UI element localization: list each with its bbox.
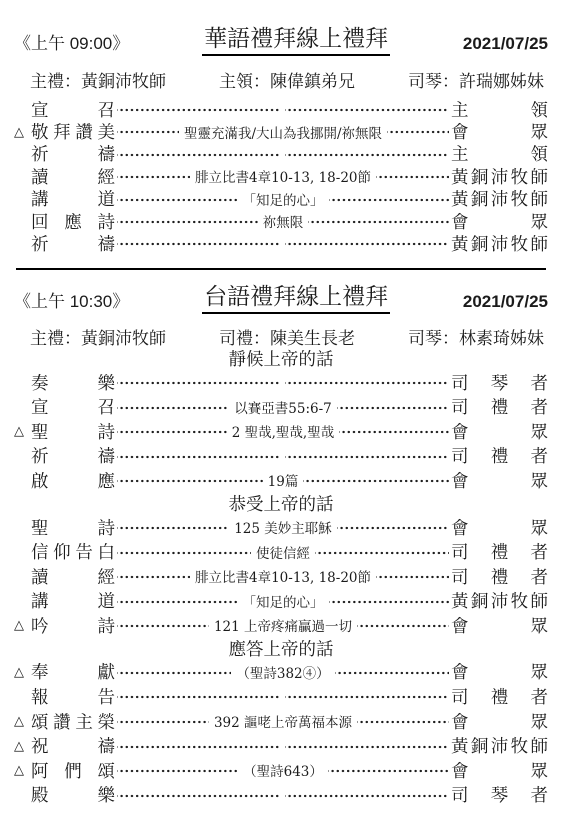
item-label: 回應詩: [31, 209, 115, 234]
item-label: 聖詩: [31, 515, 115, 540]
dotted-leader: [328, 758, 449, 783]
item-label: 宣召: [31, 97, 115, 122]
dotted-leader: [117, 370, 281, 395]
dotted-leader: [285, 783, 449, 808]
item-role: 會眾: [451, 419, 548, 444]
program-row: 講道 「知足的心」 黃銅沛牧師: [14, 188, 548, 210]
item-role: 黃銅沛牧師: [451, 231, 548, 256]
item-label: 報告: [31, 684, 115, 709]
program-row: 讀經 腓立比書4章10-13, 18-20節 黃銅沛牧師: [14, 165, 548, 187]
dotted-leader: [387, 120, 449, 142]
item-role: 會眾: [451, 758, 548, 783]
item-role: 會眾: [451, 515, 548, 540]
dotted-leader: [117, 444, 281, 469]
dotted-leader: [117, 419, 227, 444]
item-label: 祝禱: [31, 733, 115, 758]
service-time: 《上午 10:30》: [14, 287, 129, 314]
item-role: 主領: [451, 97, 548, 122]
item-label: 祈禱: [31, 141, 115, 166]
dotted-leader: [339, 419, 449, 444]
program-rows-part3: △ 奉獻 （聖詩382④） 會眾 報告 司禮者 △ 頌讚主榮 392 謳咾上帝萬…: [14, 660, 548, 808]
triangle-icon: △: [14, 738, 31, 754]
triangle-icon: △: [14, 423, 31, 439]
dotted-leader: [117, 165, 190, 187]
officiant-presider: 主禮：黃銅沛牧師: [30, 324, 166, 349]
program-row: 殿樂 司琴者: [14, 783, 548, 808]
service-title: 華語禮拜線上禮拜: [202, 24, 390, 56]
dotted-leader: [285, 370, 449, 395]
dotted-leader: [117, 120, 179, 142]
item-label: 讀經: [31, 164, 115, 189]
triangle-icon: △: [14, 713, 31, 729]
item-role: 會眾: [451, 119, 548, 144]
item-label: 奉獻: [31, 659, 115, 684]
dotted-leader: [285, 444, 449, 469]
item-label: 殿樂: [31, 782, 115, 807]
triangle-icon: △: [14, 617, 31, 633]
dotted-leader: [337, 394, 449, 419]
officiant-pianist: 司琴：林素琦姊妹: [408, 324, 544, 349]
dotted-leader: [285, 733, 449, 758]
dotted-leader: [376, 564, 449, 589]
item-content: 祢無限: [260, 211, 307, 231]
item-content: 125 美妙主耶穌: [231, 517, 335, 537]
dotted-leader: [117, 709, 209, 734]
dotted-leader: [117, 515, 229, 540]
item-content: （聖詩643）: [240, 760, 326, 780]
part-subtitle-receiving: 恭受上帝的話: [14, 493, 548, 515]
item-content: 腓立比書4章10-13, 18-20節: [192, 566, 374, 586]
item-role: 黃銅沛牧師: [451, 733, 548, 758]
service-section-mandarin: 《上午 09:00》 華語禮拜線上禮拜 2021/07/25 主禮：黃銅沛牧師 …: [14, 24, 548, 255]
dotted-leader: [285, 98, 449, 120]
program-row: 信仰告白 使徒信經 司禮者: [14, 539, 548, 564]
item-role: 會眾: [451, 468, 548, 493]
service-section-taiwanese: 《上午 10:30》 台語禮拜線上禮拜 2021/07/25 主禮：黃銅沛牧師 …: [14, 282, 548, 808]
triangle-icon: △: [14, 664, 31, 680]
item-label: 吟詩: [31, 613, 115, 638]
program-row: 啟應 19篇 會眾: [14, 468, 548, 493]
item-label: 敬拜讚美: [31, 119, 115, 144]
dotted-leader: [335, 660, 449, 685]
item-label: 祈禱: [31, 231, 115, 256]
program-row: △ 奉獻 （聖詩382④） 會眾: [14, 660, 548, 685]
item-role: 司禮者: [451, 684, 548, 709]
dotted-leader: [117, 660, 231, 685]
item-role: 黃銅沛牧師: [451, 588, 548, 613]
item-role: 主領: [451, 141, 548, 166]
dotted-leader: [117, 588, 238, 613]
item-content: 121 上帝疼痛贏過一切: [211, 615, 355, 635]
officiant-liturgist: 司禮：陳美生長老: [219, 324, 355, 349]
program-row: 奏樂 司琴者: [14, 370, 548, 395]
service-date: 2021/07/25: [463, 292, 548, 314]
dotted-leader: [117, 143, 281, 165]
program-row: 宣召 以賽亞書55:6-7 司禮者: [14, 394, 548, 419]
triangle-icon: △: [14, 762, 31, 778]
item-role: 司禮者: [451, 539, 548, 564]
program-row: 聖詩 125 美妙主耶穌 會眾: [14, 515, 548, 540]
service-time: 《上午 09:00》: [14, 29, 129, 56]
program-rows: 宣召 主領 △ 敬拜讚美 聖靈充滿我/大山為我挪開/祢無限 會眾 祈禱: [14, 98, 548, 255]
dotted-leader: [357, 709, 449, 734]
item-content: 「知足的心」: [240, 189, 327, 209]
item-role: 黃銅沛牧師: [451, 164, 548, 189]
item-role: 司禮者: [451, 443, 548, 468]
item-role: 司琴者: [451, 370, 548, 395]
item-label: 頌讚主榮: [31, 709, 115, 734]
program-row: 回應詩 祢無限 會眾: [14, 210, 548, 232]
dotted-leader: [117, 539, 251, 564]
dotted-leader: [285, 232, 449, 254]
dotted-leader: [117, 394, 229, 419]
item-label: 聖詩: [31, 419, 115, 444]
item-content: （聖詩382④）: [233, 662, 332, 682]
program-row: △ 頌讚主榮 392 謳咾上帝萬福本源 會眾: [14, 709, 548, 734]
dotted-leader: [117, 684, 281, 709]
dotted-leader: [117, 468, 263, 493]
dotted-leader: [117, 188, 238, 210]
dotted-leader: [329, 588, 450, 613]
triangle-icon: △: [14, 124, 31, 140]
dotted-leader: [117, 783, 281, 808]
dotted-leader: [303, 468, 449, 493]
service-header: 《上午 10:30》 台語禮拜線上禮拜 2021/07/25: [14, 282, 548, 314]
item-label: 祈禱: [31, 443, 115, 468]
dotted-leader: [376, 165, 449, 187]
officiants-line: 主禮：黃銅沛牧師 主領：陳偉鎮弟兄 司琴：許瑞娜姊妹: [14, 68, 548, 90]
program-row: △ 祝禱 黃銅沛牧師: [14, 733, 548, 758]
dotted-leader: [117, 758, 238, 783]
program-row: △ 敬拜讚美 聖靈充滿我/大山為我挪開/祢無限 會眾: [14, 120, 548, 142]
program-row: 祈禱 主領: [14, 143, 548, 165]
dotted-leader: [117, 98, 281, 120]
dotted-leader: [285, 143, 449, 165]
item-label: 講道: [31, 186, 115, 211]
item-label: 信仰告白: [31, 539, 115, 564]
item-role: 會眾: [451, 709, 548, 734]
item-content: 392 謳咾上帝萬福本源: [211, 711, 355, 731]
program-row: △ 阿們頌 （聖詩643） 會眾: [14, 758, 548, 783]
item-role: 會眾: [451, 209, 548, 234]
item-role: 司禮者: [451, 394, 548, 419]
part-subtitle-responding: 應答上帝的話: [14, 638, 548, 660]
item-role: 會眾: [451, 659, 548, 684]
program-row: △ 聖詩 2 聖哉,聖哉,聖哉 會眾: [14, 419, 548, 444]
item-content: 聖靈充滿我/大山為我挪開/祢無限: [181, 122, 385, 142]
officiants-line: 主禮：黃銅沛牧師 司禮：陳美生長老 司琴：林素琦姊妹: [14, 326, 548, 348]
item-role: 黃銅沛牧師: [451, 186, 548, 211]
dotted-leader: [117, 613, 209, 638]
program-row: △ 吟詩 121 上帝疼痛贏過一切 會眾: [14, 613, 548, 638]
item-label: 阿們頌: [31, 758, 115, 783]
item-content: 以賽亞書55:6-7: [231, 397, 334, 417]
section-divider: [16, 268, 546, 270]
program-row: 講道 「知足的心」 黃銅沛牧師: [14, 588, 548, 613]
officiant-leader: 主領：陳偉鎮弟兄: [219, 67, 355, 92]
program-rows-part1: 奏樂 司琴者 宣召 以賽亞書55:6-7 司禮者 △ 聖詩 2 聖哉,聖哉,聖哉: [14, 370, 548, 493]
item-content: 19篇: [265, 470, 302, 490]
item-content: 腓立比書4章10-13, 18-20節: [192, 166, 374, 186]
dotted-leader: [357, 613, 449, 638]
program-row: 祈禱 司禮者: [14, 444, 548, 469]
dotted-leader: [329, 188, 450, 210]
item-content: 2 聖哉,聖哉,聖哉: [229, 421, 337, 441]
service-header: 《上午 09:00》 華語禮拜線上禮拜 2021/07/25: [14, 24, 548, 56]
dotted-leader: [117, 733, 281, 758]
dotted-leader: [285, 684, 449, 709]
item-label: 宣召: [31, 394, 115, 419]
service-date: 2021/07/25: [463, 34, 548, 56]
item-role: 會眾: [451, 613, 548, 638]
bulletin-page: 《上午 09:00》 華語禮拜線上禮拜 2021/07/25 主禮：黃銅沛牧師 …: [0, 0, 564, 821]
program-row: 報告 司禮者: [14, 684, 548, 709]
dotted-leader: [117, 564, 190, 589]
service-title: 台語禮拜線上禮拜: [202, 282, 390, 314]
item-label: 講道: [31, 588, 115, 613]
dotted-leader: [337, 515, 449, 540]
item-role: 司禮者: [451, 564, 548, 589]
officiant-presider: 主禮：黃銅沛牧師: [30, 67, 166, 92]
program-row: 祈禱 黃銅沛牧師: [14, 232, 548, 254]
dotted-leader: [308, 210, 449, 232]
dotted-leader: [315, 539, 449, 564]
dotted-leader: [117, 232, 281, 254]
item-content: 使徒信經: [253, 542, 313, 562]
program-row: 讀經 腓立比書4章10-13, 18-20節 司禮者: [14, 564, 548, 589]
item-role: 司琴者: [451, 782, 548, 807]
program-rows-part2: 聖詩 125 美妙主耶穌 會眾 信仰告白 使徒信經 司禮者 讀經 腓立比書4章1…: [14, 515, 548, 638]
part-subtitle-waiting: 靜候上帝的話: [14, 348, 548, 370]
item-label: 啟應: [31, 468, 115, 493]
program-row: 宣召 主領: [14, 98, 548, 120]
item-content: 「知足的心」: [240, 591, 327, 611]
item-label: 讀經: [31, 564, 115, 589]
item-label: 奏樂: [31, 370, 115, 395]
officiant-pianist: 司琴：許瑞娜姊妹: [408, 67, 544, 92]
dotted-leader: [117, 210, 258, 232]
